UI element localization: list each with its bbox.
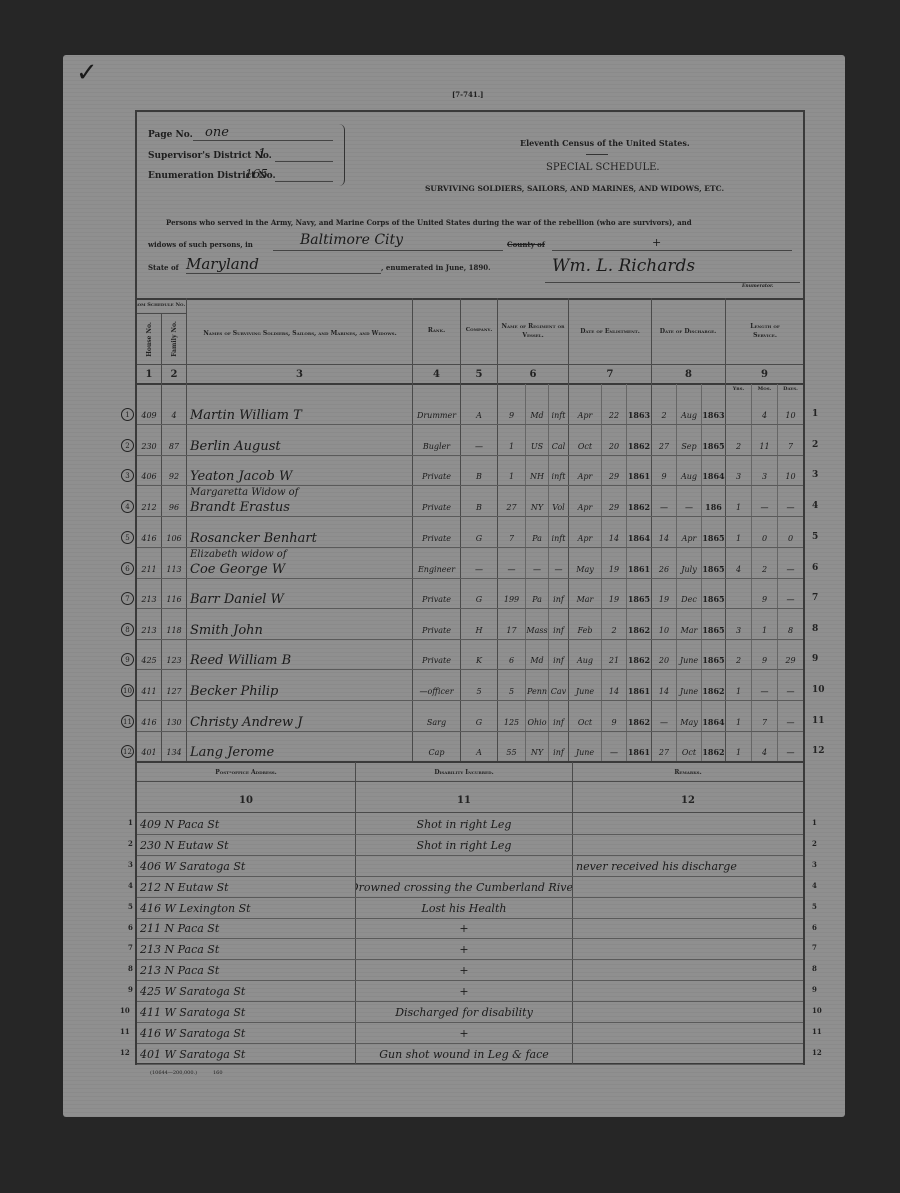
enl-yr-cell: 1865 bbox=[627, 591, 651, 607]
dis-mo-cell: May bbox=[677, 714, 701, 730]
dis-yr-cell: 1863 bbox=[702, 407, 725, 423]
family-cell: 130 bbox=[162, 714, 186, 730]
disability-cell bbox=[356, 857, 572, 876]
reg-no-cell: 5 bbox=[498, 683, 525, 699]
name-cell: Becker Philip bbox=[187, 683, 412, 699]
mos-cell: 3 bbox=[752, 468, 777, 484]
yrs-cell bbox=[726, 407, 751, 423]
disability-cell: + bbox=[356, 961, 572, 980]
intro-line-2-prefix: widows of such persons, in bbox=[148, 240, 253, 249]
enl-yr-cell: 1862 bbox=[627, 714, 651, 730]
remarks-cell bbox=[573, 982, 803, 1001]
row-number-left: 5 bbox=[128, 902, 133, 911]
reg-state-cell: Pa bbox=[526, 591, 548, 607]
col-number: 2 bbox=[162, 365, 186, 383]
enl-day-cell: 2 bbox=[602, 622, 626, 638]
remarks-cell bbox=[573, 1024, 803, 1043]
row-number-left: 2 bbox=[128, 839, 133, 848]
enl-yr-cell: 1861 bbox=[627, 744, 651, 760]
company-cell: G bbox=[461, 714, 497, 730]
row-number: 2 bbox=[812, 440, 818, 450]
enumeration-rule bbox=[275, 181, 333, 182]
col-number: 5 bbox=[461, 365, 497, 383]
circled-row-number: 4 bbox=[121, 500, 134, 513]
remarks-header: Remarks. bbox=[573, 765, 803, 779]
dis-yr-cell: 1864 bbox=[702, 714, 725, 730]
reg-no-cell: 6 bbox=[498, 652, 525, 668]
enl-yr-cell: 1862 bbox=[627, 652, 651, 668]
days-cell: 0 bbox=[778, 530, 803, 546]
col-number: 3 bbox=[187, 365, 412, 383]
disability-cell: Drowned crossing the Cumberland River bbox=[356, 878, 572, 897]
row-rule bbox=[137, 1022, 803, 1023]
enl-day-cell: — bbox=[602, 744, 626, 760]
reg-state-cell: Md bbox=[526, 407, 548, 423]
name-cell: Brandt Erastus bbox=[187, 499, 412, 515]
circled-row-number: 12 bbox=[121, 745, 134, 758]
row-rule bbox=[137, 1001, 803, 1002]
row-number-left: 3 bbox=[128, 860, 133, 869]
family-cell: 134 bbox=[162, 744, 186, 760]
mos-cell: — bbox=[752, 499, 777, 515]
house-cell: 411 bbox=[137, 683, 161, 699]
reg-no-cell: 199 bbox=[498, 591, 525, 607]
company-cell: G bbox=[461, 530, 497, 546]
row-number-left: 9 bbox=[128, 985, 133, 994]
service-header: Length of Service. bbox=[738, 318, 792, 344]
remarks-cell bbox=[573, 836, 803, 855]
company-cell: G bbox=[461, 591, 497, 607]
company-cell: B bbox=[461, 468, 497, 484]
address-cell: 401 W Saratoga St bbox=[137, 1045, 355, 1064]
col-number: 11 bbox=[356, 792, 572, 808]
circled-row-number: 2 bbox=[121, 439, 134, 452]
row-number-left: 11 bbox=[120, 1027, 130, 1036]
circled-row-number: 8 bbox=[121, 623, 134, 636]
title-divider bbox=[586, 154, 608, 155]
remarks-cell bbox=[573, 940, 803, 959]
reg-state-cell: Penn bbox=[526, 683, 548, 699]
disability-cell: Shot in right Leg bbox=[356, 836, 572, 855]
regiment-header: Name of Regiment or Vessel. bbox=[498, 318, 568, 344]
yrs-cell: 2 bbox=[726, 438, 751, 454]
row-rule bbox=[137, 424, 803, 425]
row-number-left: 1 bbox=[128, 818, 133, 827]
row-number: 3 bbox=[812, 470, 818, 480]
dis-yr-cell: 1865 bbox=[702, 561, 725, 577]
enl-yr-cell: 1862 bbox=[627, 622, 651, 638]
enl-mo-cell: Apr bbox=[569, 468, 601, 484]
reg-no-cell: 125 bbox=[498, 714, 525, 730]
widow-note: Margaretta Widow of bbox=[187, 485, 412, 499]
row-rule bbox=[137, 731, 803, 732]
state-value: Maryland bbox=[186, 255, 259, 273]
dis-day-cell: — bbox=[652, 714, 676, 730]
row-number-right: 3 bbox=[812, 860, 817, 869]
col-number: 10 bbox=[137, 792, 355, 808]
names-header: Names of Surviving Soldiers, Sailors, an… bbox=[200, 318, 400, 348]
row-rule bbox=[137, 876, 803, 877]
row-number-left: 10 bbox=[120, 1006, 130, 1015]
enl-day-cell: 29 bbox=[602, 468, 626, 484]
remarks-cell bbox=[573, 1045, 803, 1064]
yrs-cell: 1 bbox=[726, 744, 751, 760]
row-number-left: 6 bbox=[128, 923, 133, 932]
company-cell: A bbox=[461, 744, 497, 760]
days-cell: — bbox=[778, 714, 803, 730]
reg-no-cell: 9 bbox=[498, 407, 525, 423]
reg-state-cell: Md bbox=[526, 652, 548, 668]
reg-no-cell: — bbox=[498, 561, 525, 577]
family-cell: 123 bbox=[162, 652, 186, 668]
rank-cell: Cap bbox=[413, 744, 460, 760]
row-number-right: 8 bbox=[812, 964, 817, 973]
col-number: 1 bbox=[137, 365, 161, 383]
yrs-cell: 1 bbox=[726, 499, 751, 515]
rank-cell: Drummer bbox=[413, 407, 460, 423]
row-number-right: 7 bbox=[812, 943, 817, 952]
circled-row-number: 10 bbox=[121, 684, 134, 697]
yrs-cell: 4 bbox=[726, 561, 751, 577]
circled-row-number: 6 bbox=[121, 562, 134, 575]
address-cell: 416 W Saratoga St bbox=[137, 1024, 355, 1043]
row-number: 1 bbox=[812, 409, 818, 419]
enl-yr-cell: 1862 bbox=[627, 499, 651, 515]
days-cell: — bbox=[778, 561, 803, 577]
reg-type-cell: inf bbox=[549, 744, 568, 760]
family-cell: 113 bbox=[162, 561, 186, 577]
mos-cell: — bbox=[752, 683, 777, 699]
table-top-line bbox=[135, 298, 805, 300]
enl-mo-cell: Oct bbox=[569, 438, 601, 454]
col-number: 6 bbox=[498, 365, 568, 383]
row-rule bbox=[137, 578, 803, 579]
days-cell: 10 bbox=[778, 468, 803, 484]
house-cell: 211 bbox=[137, 561, 161, 577]
dis-day-cell: 14 bbox=[652, 530, 676, 546]
enl-day-cell: 19 bbox=[602, 561, 626, 577]
family-cell: 96 bbox=[162, 499, 186, 515]
name-cell: Martin William T bbox=[187, 407, 412, 423]
enumerator-signature: Wm. L. Richards bbox=[552, 256, 695, 276]
name-cell: Rosancker Benhart bbox=[187, 530, 412, 546]
company-cell: B bbox=[461, 499, 497, 515]
row-number: 11 bbox=[812, 716, 825, 726]
company-cell: H bbox=[461, 622, 497, 638]
rank-cell: Engineer bbox=[413, 561, 460, 577]
form-number: [7-741.] bbox=[452, 90, 483, 99]
company-cell: A bbox=[461, 407, 497, 423]
reg-state-cell: NY bbox=[526, 499, 548, 515]
address-cell: 212 N Eutaw St bbox=[137, 878, 355, 897]
row-number: 5 bbox=[812, 532, 818, 542]
dis-day-cell: 14 bbox=[652, 683, 676, 699]
dis-mo-cell: — bbox=[677, 499, 701, 515]
disability-cell: + bbox=[356, 940, 572, 959]
days-cell: — bbox=[778, 591, 803, 607]
row-rule bbox=[137, 608, 803, 609]
family-cell: 106 bbox=[162, 530, 186, 546]
yrs-cell: 1 bbox=[726, 714, 751, 730]
dis-day-cell: 20 bbox=[652, 652, 676, 668]
row-number-right: 12 bbox=[812, 1048, 822, 1057]
address-cell: 213 N Paca St bbox=[137, 940, 355, 959]
reg-type-cell: inf bbox=[549, 714, 568, 730]
dis-day-cell: 19 bbox=[652, 591, 676, 607]
days-cell: 10 bbox=[778, 407, 803, 423]
county-rule bbox=[552, 250, 792, 251]
name-cell: Yeaton Jacob W bbox=[187, 468, 412, 484]
row-rule bbox=[137, 855, 803, 856]
header-brace bbox=[338, 124, 345, 186]
row-number-right: 11 bbox=[812, 1027, 822, 1036]
mos-cell: 11 bbox=[752, 438, 777, 454]
disability-cell: Lost his Health bbox=[356, 899, 572, 918]
family-cell: 127 bbox=[162, 683, 186, 699]
reg-state-cell: NH bbox=[526, 468, 548, 484]
row-rule bbox=[137, 918, 803, 919]
enl-day-cell: 9 bbox=[602, 714, 626, 730]
address-cell: 409 N Paca St bbox=[137, 815, 355, 834]
name-cell: Barr Daniel W bbox=[187, 591, 412, 607]
house-cell: 406 bbox=[137, 468, 161, 484]
row-number-left: 4 bbox=[128, 881, 133, 890]
yrs-cell bbox=[726, 591, 751, 607]
row-rule bbox=[137, 980, 803, 981]
reg-type-cell: inf bbox=[549, 622, 568, 638]
enl-yr-cell: 1862 bbox=[627, 438, 651, 454]
circled-row-number: 1 bbox=[121, 408, 134, 421]
from-schedule-header: From Schedule No. 1. bbox=[137, 299, 186, 313]
remarks-cell: never received his discharge bbox=[573, 857, 803, 876]
days-cell: 7 bbox=[778, 438, 803, 454]
company-header: Company. bbox=[461, 320, 497, 340]
schedule-title: SPECIAL SCHEDULE. bbox=[546, 162, 660, 173]
state-rule bbox=[186, 273, 381, 274]
remarks-cell bbox=[573, 815, 803, 834]
enl-day-cell: 22 bbox=[602, 407, 626, 423]
reg-state-cell: Pa bbox=[526, 530, 548, 546]
upper-table-bottom bbox=[135, 761, 805, 763]
col-number: 4 bbox=[413, 365, 460, 383]
mos-cell: 9 bbox=[752, 652, 777, 668]
page-no-rule bbox=[193, 140, 333, 141]
yrs-cell: 3 bbox=[726, 622, 751, 638]
county-value: + bbox=[652, 236, 661, 249]
dis-yr-cell: 1865 bbox=[702, 438, 725, 454]
enl-day-cell: 19 bbox=[602, 591, 626, 607]
reg-no-cell: 27 bbox=[498, 499, 525, 515]
reg-state-cell: US bbox=[526, 438, 548, 454]
remarks-cell bbox=[573, 899, 803, 918]
mos-cell: 1 bbox=[752, 622, 777, 638]
enl-mo-cell: Apr bbox=[569, 530, 601, 546]
row-rule bbox=[137, 1064, 803, 1065]
yrs-cell: 1 bbox=[726, 530, 751, 546]
circled-row-number: 7 bbox=[121, 592, 134, 605]
yrs-cell: 2 bbox=[726, 652, 751, 668]
row-rule bbox=[137, 639, 803, 640]
enl-day-cell: 20 bbox=[602, 438, 626, 454]
enl-mo-cell: June bbox=[569, 683, 601, 699]
dis-mo-cell: June bbox=[677, 652, 701, 668]
house-cell: 212 bbox=[137, 499, 161, 515]
county-label: County of bbox=[507, 240, 545, 249]
row-number-right: 2 bbox=[812, 839, 817, 848]
enl-mo-cell: Mar bbox=[569, 591, 601, 607]
row-rule bbox=[137, 455, 803, 456]
enl-mo-cell: Aug bbox=[569, 652, 601, 668]
dis-day-cell: 27 bbox=[652, 744, 676, 760]
enl-day-cell: 21 bbox=[602, 652, 626, 668]
disability-cell: Discharged for disability bbox=[356, 1003, 572, 1022]
yrs-header: Yrs. bbox=[726, 385, 751, 395]
dis-mo-cell: Dec bbox=[677, 591, 701, 607]
row-number: 4 bbox=[812, 501, 818, 511]
dis-mo-cell: Oct bbox=[677, 744, 701, 760]
rank-header: Rank. bbox=[413, 320, 460, 340]
enumerator-rule bbox=[545, 282, 800, 283]
widow-note: Elizabeth widow of bbox=[187, 547, 412, 561]
circled-row-number: 5 bbox=[121, 531, 134, 544]
enumerated-label: , enumerated in June, 1890. bbox=[381, 263, 491, 272]
days-cell: — bbox=[778, 683, 803, 699]
row-rule bbox=[137, 938, 803, 939]
supervisor-label: Supervisor's District No. bbox=[148, 151, 272, 161]
check-mark: ✓ bbox=[76, 58, 98, 88]
reg-no-cell: 17 bbox=[498, 622, 525, 638]
family-no-header: Family No. bbox=[171, 321, 178, 357]
dis-mo-cell: July bbox=[677, 561, 701, 577]
rank-cell: Private bbox=[413, 499, 460, 515]
row-number: 7 bbox=[812, 593, 818, 603]
mos-cell: 0 bbox=[752, 530, 777, 546]
enl-mo-cell: Feb bbox=[569, 622, 601, 638]
house-cell: 213 bbox=[137, 591, 161, 607]
discharge-header: Date of Discharge. bbox=[658, 318, 718, 344]
enl-yr-cell: 1861 bbox=[627, 561, 651, 577]
remarks-cell bbox=[573, 1003, 803, 1022]
footer-print-run: (10644—200,000.) bbox=[150, 1070, 197, 1076]
row-number: 8 bbox=[812, 624, 818, 634]
house-cell: 425 bbox=[137, 652, 161, 668]
reg-type-cell: inf bbox=[549, 591, 568, 607]
address-cell: 411 W Saratoga St bbox=[137, 1003, 355, 1022]
rank-cell: Sarg bbox=[413, 714, 460, 730]
days-cell: — bbox=[778, 744, 803, 760]
supervisor-value: 1 bbox=[258, 147, 266, 162]
row-number-right: 10 bbox=[812, 1006, 822, 1015]
reg-state-cell: Ohio bbox=[526, 714, 548, 730]
reg-type-cell: Cav bbox=[549, 683, 568, 699]
page-no-label: Page No. bbox=[148, 130, 193, 140]
rank-cell: —officer bbox=[413, 683, 460, 699]
family-no-header-cell: Family No. bbox=[162, 314, 186, 364]
reg-type-cell: inft bbox=[549, 530, 568, 546]
row-number-right: 4 bbox=[812, 881, 817, 890]
lower-colnum-line bbox=[137, 812, 803, 813]
rank-cell: Private bbox=[413, 530, 460, 546]
house-cell: 416 bbox=[137, 714, 161, 730]
col-number: 9 bbox=[726, 365, 803, 383]
address-cell: 425 W Saratoga St bbox=[137, 982, 355, 1001]
row-number: 6 bbox=[812, 563, 818, 573]
enl-mo-cell: Apr bbox=[569, 499, 601, 515]
name-cell: Coe George W bbox=[187, 561, 412, 577]
dis-day-cell: — bbox=[652, 499, 676, 515]
dis-day-cell: 9 bbox=[652, 468, 676, 484]
company-cell: 5 bbox=[461, 683, 497, 699]
address-cell: 230 N Eutaw St bbox=[137, 836, 355, 855]
yrs-cell: 3 bbox=[726, 468, 751, 484]
row-number-left: 12 bbox=[120, 1048, 130, 1057]
dis-mo-cell: Apr bbox=[677, 530, 701, 546]
yrs-cell: 1 bbox=[726, 683, 751, 699]
city-value: Baltimore City bbox=[300, 232, 403, 248]
row-rule bbox=[137, 669, 803, 670]
rank-cell: Private bbox=[413, 622, 460, 638]
dis-day-cell: 26 bbox=[652, 561, 676, 577]
page-no-value: one bbox=[205, 125, 229, 140]
house-cell: 230 bbox=[137, 438, 161, 454]
row-number-left: 8 bbox=[128, 964, 133, 973]
row-rule bbox=[137, 834, 803, 835]
dis-yr-cell: 1865 bbox=[702, 530, 725, 546]
footer-page-ref: 160 bbox=[213, 1070, 223, 1076]
enl-day-cell: 14 bbox=[602, 683, 626, 699]
company-cell: K bbox=[461, 652, 497, 668]
lower-header-line bbox=[137, 781, 803, 782]
disability-header: Disability Incurred. bbox=[356, 765, 572, 779]
remarks-cell bbox=[573, 961, 803, 980]
circled-row-number: 11 bbox=[121, 715, 134, 728]
dis-day-cell: 10 bbox=[652, 622, 676, 638]
family-cell: 87 bbox=[162, 438, 186, 454]
dis-day-cell: 27 bbox=[652, 438, 676, 454]
enumerator-label: Enumerator. bbox=[742, 284, 774, 289]
enl-yr-cell: 1861 bbox=[627, 468, 651, 484]
dis-yr-cell: 1865 bbox=[702, 591, 725, 607]
reg-state-cell: NY bbox=[526, 744, 548, 760]
address-header: Post-office Address. bbox=[137, 765, 355, 779]
name-cell: Berlin August bbox=[187, 438, 412, 454]
col-number: 12 bbox=[573, 792, 803, 808]
enlistment-header: Date of Enlistment. bbox=[578, 318, 642, 344]
mos-cell: 4 bbox=[752, 744, 777, 760]
row-rule bbox=[137, 1043, 803, 1044]
disability-cell: + bbox=[356, 1024, 572, 1043]
enumeration-value: 165 bbox=[245, 167, 268, 181]
reg-state-cell: — bbox=[526, 561, 548, 577]
rank-cell: Private bbox=[413, 468, 460, 484]
reg-type-cell: inft bbox=[549, 407, 568, 423]
days-header: Days. bbox=[778, 385, 803, 395]
house-cell: 409 bbox=[137, 407, 161, 423]
address-cell: 416 W Lexington St bbox=[137, 899, 355, 918]
name-cell: Christy Andrew J bbox=[187, 714, 412, 730]
days-cell: — bbox=[778, 499, 803, 515]
mos-cell: 7 bbox=[752, 714, 777, 730]
row-rule bbox=[137, 959, 803, 960]
mos-cell: 4 bbox=[752, 407, 777, 423]
house-cell: 213 bbox=[137, 622, 161, 638]
reg-type-cell: Cal bbox=[549, 438, 568, 454]
company-cell: — bbox=[461, 438, 497, 454]
disability-cell: Shot in right Leg bbox=[356, 815, 572, 834]
dis-yr-cell: 186 bbox=[702, 499, 725, 515]
reg-type-cell: inf bbox=[549, 652, 568, 668]
intro-line-1: Persons who served in the Army, Navy, an… bbox=[166, 218, 692, 227]
